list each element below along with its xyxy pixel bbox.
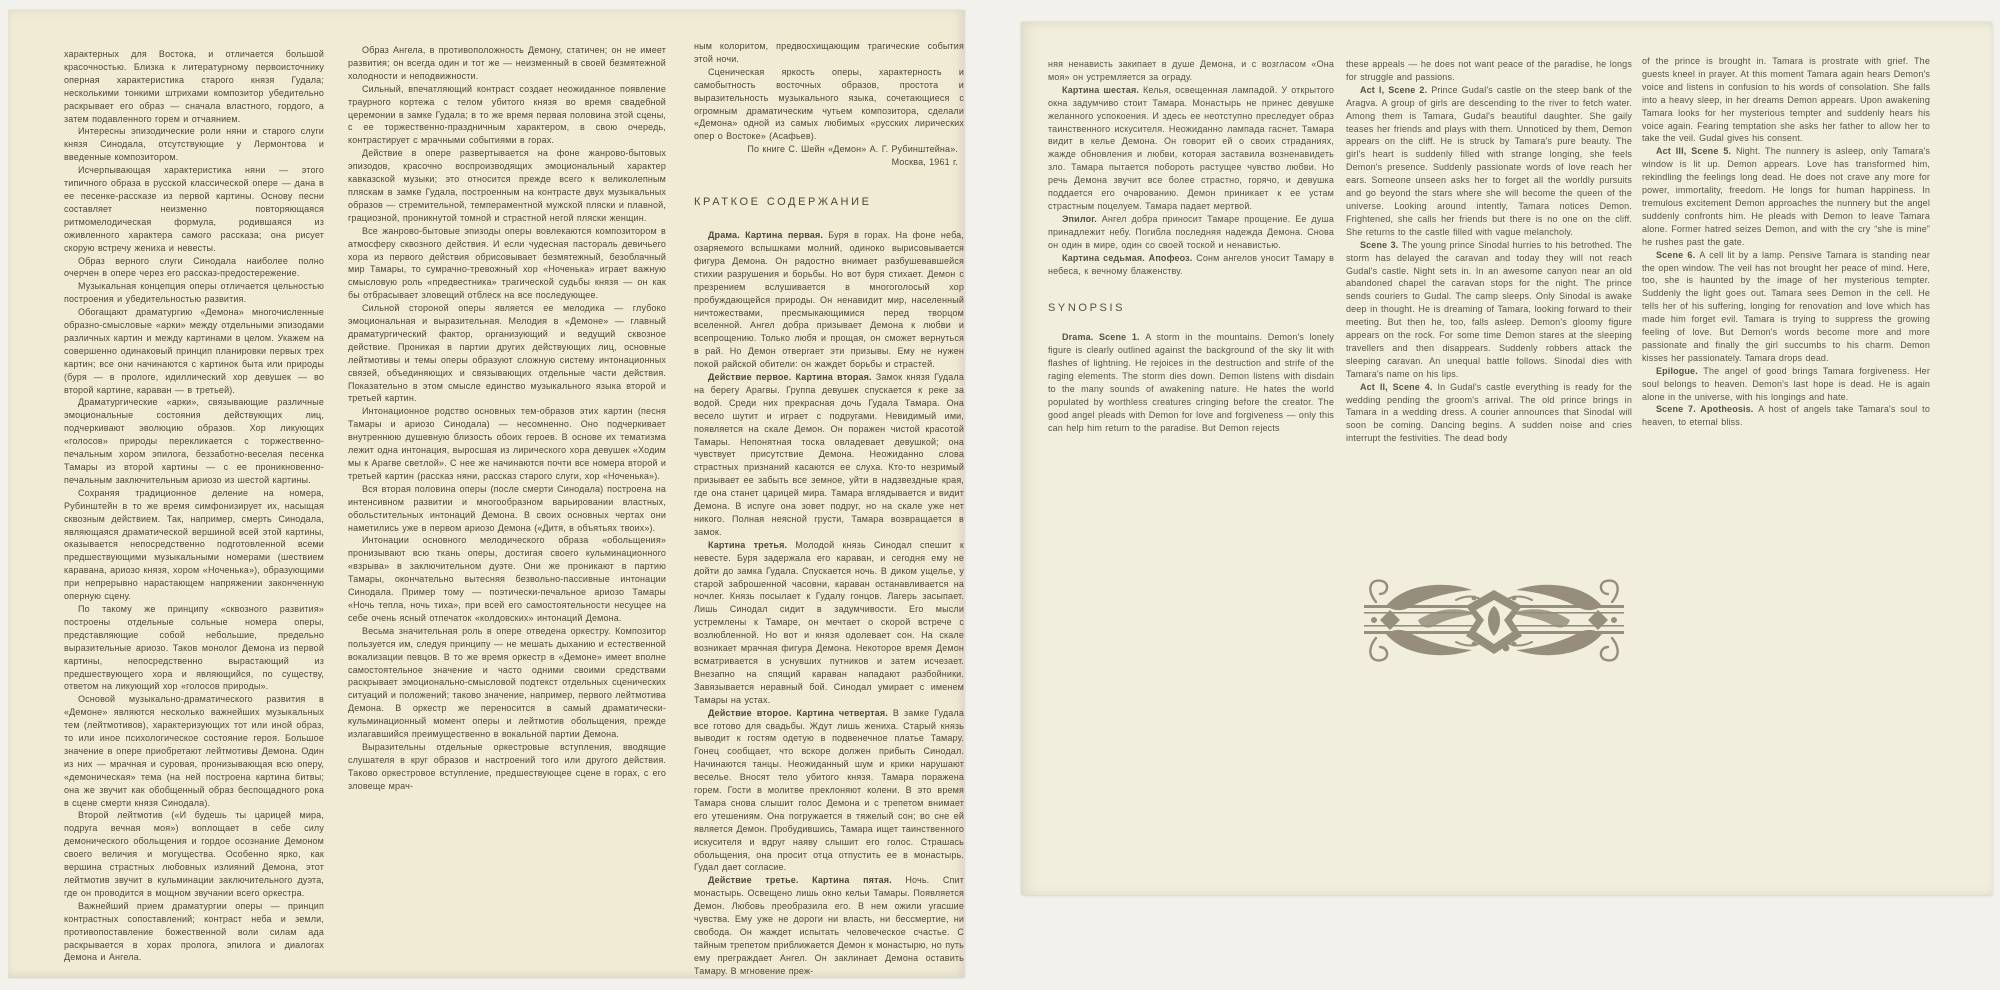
paragraph: Сильный, впечатляющий контраст создает н… bbox=[348, 83, 666, 148]
column-spacer bbox=[694, 169, 964, 195]
paragraph-lead: Картина третья. bbox=[708, 540, 795, 550]
paragraph: Act I, Scene 2. Prince Gudal's castle on… bbox=[1346, 84, 1632, 239]
paragraph: Второй лейтмотив («И будешь ты царицей м… bbox=[64, 809, 324, 899]
paragraph: Действие в опере развертывается на фоне … bbox=[348, 147, 666, 224]
paragraph: Scene 3. The young prince Sinodal hurrie… bbox=[1346, 239, 1632, 381]
paragraph: Scene 6. A cell lit by a lamp. Pensive T… bbox=[1642, 249, 1930, 365]
paragraph: Scene 7. Apotheosis. A host of angels ta… bbox=[1642, 403, 1930, 429]
paragraph-lead: Epilogue. bbox=[1656, 366, 1703, 376]
left-page: характерных для Востока, и отличается бо… bbox=[8, 10, 964, 978]
right-column-1: няя ненависть закипает в душе Демона, и … bbox=[1048, 58, 1334, 435]
paragraph: Основой музыкально-драматического развит… bbox=[64, 693, 324, 809]
column-spacer bbox=[694, 209, 964, 229]
paragraph: Сильной стороной оперы является ее мелод… bbox=[348, 302, 666, 405]
paragraph: Образ Ангела, в противоположность Демону… bbox=[348, 44, 666, 83]
paragraph: Выразительны отдельные оркестровые вступ… bbox=[348, 741, 666, 793]
paragraph: Образ верного слуги Синодала наиболее по… bbox=[64, 255, 324, 281]
paragraph: of the prince is brought in. Tamara is p… bbox=[1642, 55, 1930, 145]
paragraph: Действие третье. Картина пятая. Ночь. Сп… bbox=[694, 874, 964, 977]
paragraph: Картина третья. Молодой князь Синодал сп… bbox=[694, 539, 964, 707]
paragraph: Act II, Scene 4. In Gudal's castle every… bbox=[1346, 381, 1632, 446]
column-spacer bbox=[1048, 277, 1334, 301]
right-column-2: these appeals — he does not want peace o… bbox=[1346, 58, 1632, 445]
paragraph-lead: Драма. Картина первая. bbox=[708, 230, 828, 240]
paragraph: Интонации основного мелодического образа… bbox=[348, 534, 666, 624]
paragraph: ным колоритом, предвосхищающим трагическ… bbox=[694, 40, 964, 66]
paragraph: Интонационное родство основных тем-образ… bbox=[348, 405, 666, 482]
paragraph: Вся вторая половина оперы (после смерти … bbox=[348, 483, 666, 535]
paragraph: Сохраняя традиционное деление на номера,… bbox=[64, 487, 324, 603]
paragraph: Драма. Картина первая. Буря в горах. На … bbox=[694, 229, 964, 371]
paragraph-lead: Scene 3. bbox=[1360, 240, 1402, 250]
paragraph-lead: Act II, Scene 4. bbox=[1360, 382, 1437, 392]
paragraph-lead: Act III, Scene 5. bbox=[1656, 146, 1736, 156]
paragraph: Музыкальная концепция оперы отличается ц… bbox=[64, 280, 324, 306]
paragraph: Действие второе. Картина четвертая. В за… bbox=[694, 707, 964, 875]
foliate-vignette-ornament bbox=[1356, 574, 1632, 672]
paragraph-lead: Действие первое. Картина вторая. bbox=[708, 372, 876, 382]
paragraph: Act III, Scene 5. Night. The nunnery is … bbox=[1642, 145, 1930, 248]
paragraph: Все жанрово-бытовые эпизоды оперы вовлек… bbox=[348, 225, 666, 302]
paragraph-lead: Drama. Scene 1. bbox=[1062, 332, 1145, 342]
paragraph-lead: Scene 6. bbox=[1656, 250, 1699, 260]
paragraph: Действие первое. Картина вторая. Замок к… bbox=[694, 371, 964, 539]
paragraph-lead: Действие третье. Картина пятая. bbox=[708, 875, 905, 885]
paragraph-lead: Эпилог. bbox=[1062, 214, 1102, 224]
paragraph: няя ненависть закипает в душе Демона, и … bbox=[1048, 58, 1334, 84]
paragraph: Картина шестая. Келья, освещенная лампад… bbox=[1048, 84, 1334, 213]
paragraph-lead: Scene 7. Apotheosis. bbox=[1656, 404, 1758, 414]
paragraph-lead: Действие второе. Картина четвертая. bbox=[708, 708, 893, 718]
paragraph: Интересны эпизодические роли няни и стар… bbox=[64, 125, 324, 164]
paragraph: these appeals — he does not want peace o… bbox=[1346, 58, 1632, 84]
left-column-3: ным колоритом, предвосхищающим трагическ… bbox=[694, 40, 964, 978]
right-column-3: of the prince is brought in. Tamara is p… bbox=[1642, 55, 1930, 429]
paragraph-lead: Act I, Scene 2. bbox=[1360, 85, 1431, 95]
left-column-2: Образ Ангела, в противоположность Демону… bbox=[348, 44, 666, 793]
right-page: няя ненависть закипает в душе Демона, и … bbox=[1022, 22, 1992, 895]
paragraph: Обогащают драматургию «Демона» многочисл… bbox=[64, 306, 324, 396]
paragraph: Важнейший прием драматургии оперы — прин… bbox=[64, 900, 324, 965]
russian-synopsis-heading: КРАТКОЕ СОДЕРЖАНИЕ bbox=[694, 195, 964, 209]
paragraph: По такому же принципу «сквозного развити… bbox=[64, 603, 324, 693]
left-column-1: характерных для Востока, и отличается бо… bbox=[64, 48, 324, 964]
attribution-line: По книге С. Шейн «Демон» А. Г. Рубинштей… bbox=[694, 143, 964, 156]
liner-notes-spread: { "document_type": "scanned gatefold lin… bbox=[0, 0, 2000, 990]
paragraph: Эпилог. Ангел добра приносит Тамаре прощ… bbox=[1048, 213, 1334, 252]
english-synopsis-heading: SYNOPSIS bbox=[1048, 301, 1334, 315]
paragraph: Drama. Scene 1. A storm in the mountains… bbox=[1048, 331, 1334, 434]
column-spacer bbox=[1048, 315, 1334, 331]
paragraph: Картина седьмая. Апофеоз. Сонм ангелов у… bbox=[1048, 252, 1334, 278]
paragraph: Сценическая яркость оперы, характерность… bbox=[694, 66, 964, 143]
paragraph-lead: Картина седьмая. Апофеоз. bbox=[1062, 253, 1196, 263]
paragraph: Epilogue. The angel of good brings Tamar… bbox=[1642, 365, 1930, 404]
attribution-line: Москва, 1961 г. bbox=[694, 156, 964, 169]
paragraph: Драматургические «арки», связывающие раз… bbox=[64, 396, 324, 486]
paragraph: характерных для Востока, и отличается бо… bbox=[64, 48, 324, 125]
paragraph: Исчерпывающая характеристика няни — этог… bbox=[64, 164, 324, 254]
paragraph-lead: Картина шестая. bbox=[1062, 85, 1143, 95]
paragraph: Весьма значительная роль в опере отведен… bbox=[348, 625, 666, 741]
